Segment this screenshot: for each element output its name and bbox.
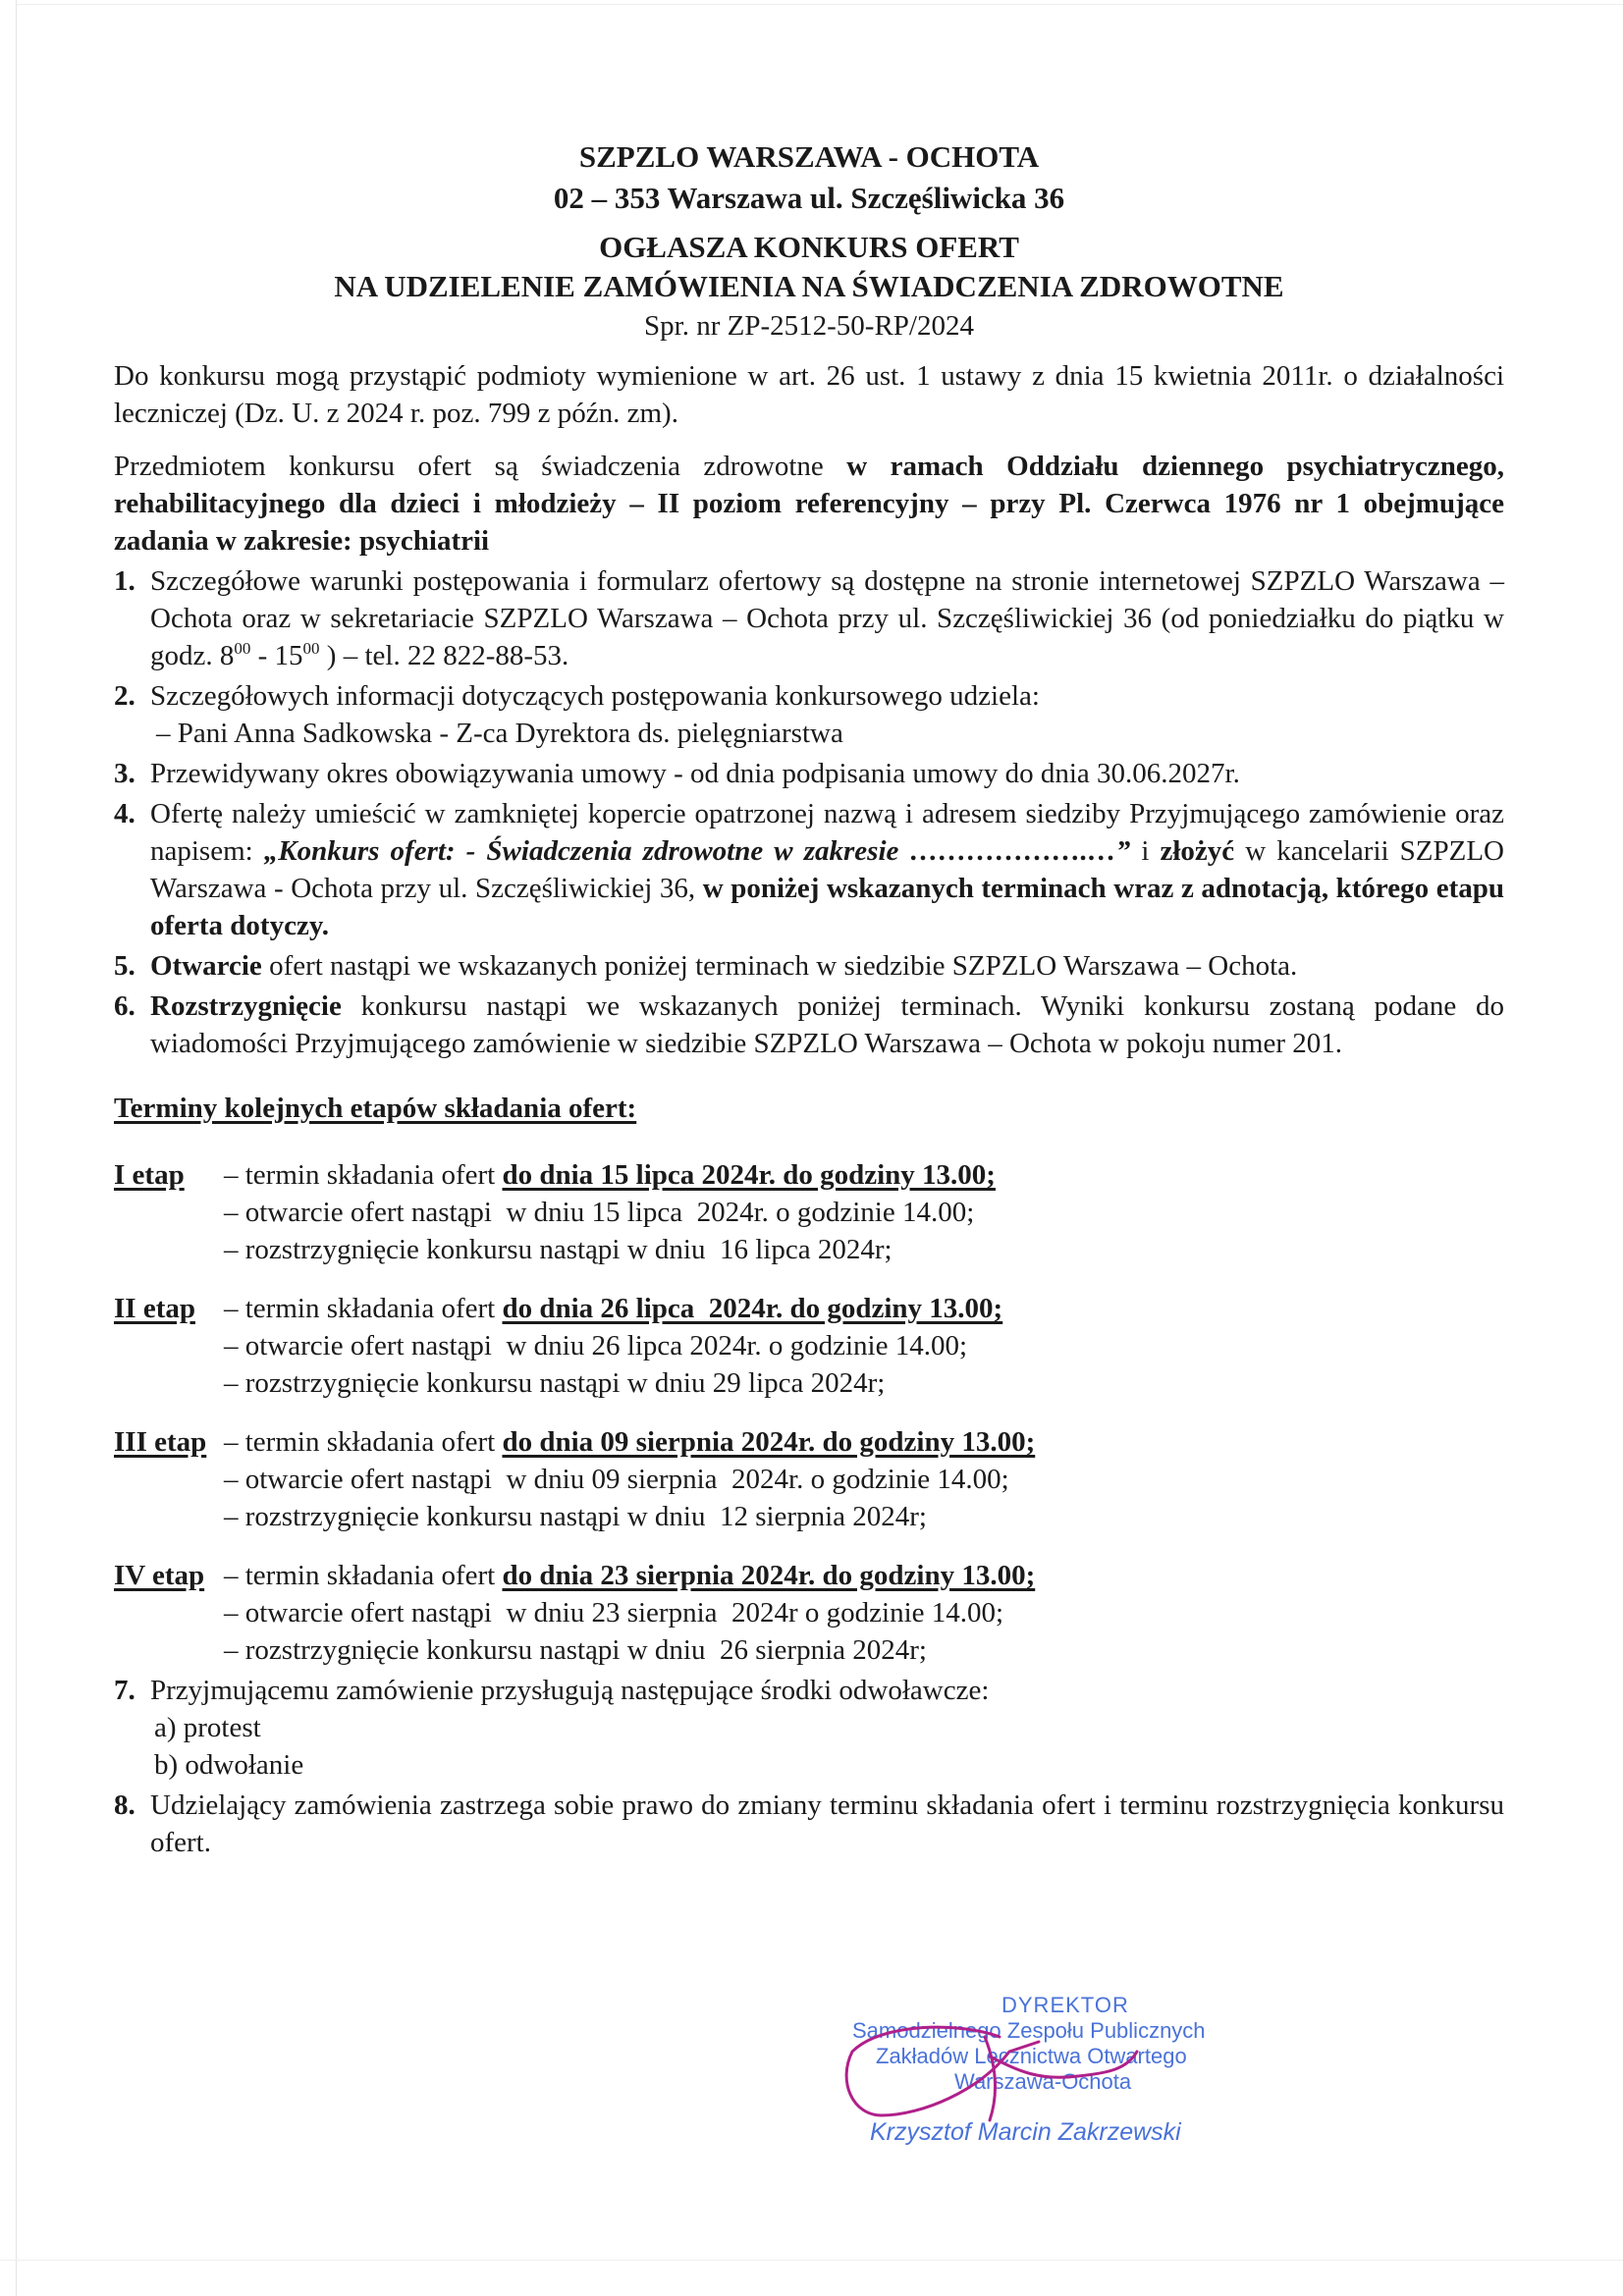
- hours-superscript: 00: [303, 639, 320, 658]
- item-bold: Rozstrzygnięcie: [150, 990, 342, 1022]
- list-item-8: 8. Udzielający zamówienia zastrzega sobi…: [114, 1787, 1504, 1861]
- list-item-2: 2. Szczegółowych informacji dotyczących …: [114, 677, 1504, 752]
- item-text: Udzielający zamówienia zastrzega sobie p…: [150, 1789, 1504, 1858]
- document-title-line1: OGŁASZA KONKURS OFERT: [114, 228, 1504, 267]
- opening-date: – otwarcie ofert nastąpi w dniu 26 lipca…: [224, 1327, 1504, 1364]
- resolution-date: – rozstrzygnięcie konkursu nastąpi w dni…: [224, 1364, 1504, 1402]
- item-text: Przewidywany okres obowiązywania umowy -…: [150, 758, 1240, 789]
- handwritten-signature-icon: [842, 2022, 1157, 2130]
- stage-2: II etap – termin składania ofert do dnia…: [114, 1290, 1504, 1402]
- item-number: 4.: [114, 795, 135, 832]
- hours-superscript: 00: [234, 639, 250, 658]
- list-item-7: 7. Przyjmującemu zamówienie przysługują …: [114, 1672, 1504, 1784]
- stage-label: II etap: [114, 1290, 224, 1402]
- stamp-title: DYREKTOR: [1001, 1993, 1129, 2018]
- envelope-label-quote: „Konkurs ofert: - Świadczenia zdrowotne …: [264, 835, 1130, 867]
- organization-name: SZPZLO WARSZAWA - OCHOTA: [114, 137, 1504, 177]
- item-number: 2.: [114, 677, 135, 715]
- deadline: do dnia 09 sierpnia 2024r. do godziny 13…: [502, 1426, 1035, 1458]
- subject-paragraph: Przedmiotem konkursu ofert są świadczeni…: [114, 448, 1504, 560]
- stage-label: IV etap: [114, 1557, 224, 1669]
- item-text: Szczegółowych informacji dotyczących pos…: [150, 677, 1504, 715]
- deadline-prefix: – termin składania ofert: [224, 1426, 502, 1458]
- remedies-list: 7. Przyjmującemu zamówienie przysługują …: [114, 1672, 1504, 1861]
- deadline-prefix: – termin składania ofert: [224, 1293, 502, 1324]
- deadline-prefix: – termin składania ofert: [224, 1560, 502, 1591]
- organization-address: 02 – 353 Warszawa ul. Szczęśliwicka 36: [114, 179, 1504, 218]
- item-number: 8.: [114, 1787, 135, 1824]
- item-text: Przyjmującemu zamówienie przysługują nas…: [150, 1672, 1504, 1709]
- resolution-date: – rozstrzygnięcie konkursu nastąpi w dni…: [224, 1498, 1504, 1535]
- scan-bottom-line: [0, 2260, 1623, 2261]
- resolution-date: – rozstrzygnięcie konkursu nastąpi w dni…: [224, 1631, 1504, 1669]
- subject-lead: Przedmiotem konkursu ofert są świadczeni…: [114, 451, 846, 482]
- item-number: 5.: [114, 947, 135, 985]
- item-bold: złożyć: [1160, 835, 1234, 867]
- list-item-5: 5. Otwarcie ofert nastąpi we wskazanych …: [114, 947, 1504, 985]
- scan-top-line: [16, 4, 1623, 5]
- stage-3: III etap – termin składania ofert do dni…: [114, 1423, 1504, 1535]
- item-bold: Otwarcie: [150, 950, 262, 982]
- list-item-3: 3. Przewidywany okres obowiązywania umow…: [114, 755, 1504, 792]
- opening-date: – otwarcie ofert nastąpi w dniu 23 sierp…: [224, 1594, 1504, 1631]
- list-item-4: 4. Ofertę należy umieścić w zamkniętej k…: [114, 795, 1504, 944]
- stage-label: III etap: [114, 1423, 224, 1535]
- opening-date: – otwarcie ofert nastąpi w dniu 15 lipca…: [224, 1194, 1504, 1231]
- opening-date: – otwarcie ofert nastąpi w dniu 09 sierp…: [224, 1461, 1504, 1498]
- conditions-list: 1. Szczegółowe warunki postępowania i fo…: [114, 562, 1504, 1062]
- deadline: do dnia 26 lipca 2024r. do godziny 13.00…: [502, 1293, 1002, 1324]
- remedy-options: a) protest b) odwołanie: [150, 1709, 1504, 1784]
- item-number: 1.: [114, 562, 135, 600]
- contact-person: – Pani Anna Sadkowska - Z-ca Dyrektora d…: [150, 715, 1504, 752]
- item-text: ) – tel. 22 822-88-53.: [320, 640, 569, 671]
- deadline: do dnia 23 sierpnia 2024r. do godziny 13…: [502, 1560, 1035, 1591]
- remedy-option: b) odwołanie: [154, 1746, 1504, 1784]
- deadline-prefix: – termin składania ofert: [224, 1159, 502, 1191]
- item-text: i: [1130, 835, 1160, 867]
- resolution-date: – rozstrzygnięcie konkursu nastąpi w dni…: [224, 1231, 1504, 1268]
- item-number: 7.: [114, 1672, 135, 1709]
- scan-left-edge: [0, 0, 17, 2296]
- case-reference: Spr. nr ZP-2512-50-RP/2024: [114, 306, 1504, 346]
- intro-paragraph: Do konkursu mogą przystąpić podmioty wym…: [114, 357, 1504, 432]
- list-item-6: 6. Rozstrzygnięcie konkursu nastąpi we w…: [114, 988, 1504, 1062]
- document-page: SZPZLO WARSZAWA - OCHOTA 02 – 353 Warsza…: [114, 137, 1504, 1861]
- stage-4: IV etap – termin składania ofert do dnia…: [114, 1557, 1504, 1669]
- list-item-1: 1. Szczegółowe warunki postępowania i fo…: [114, 562, 1504, 674]
- terms-heading: Terminy kolejnych etapów składania ofert…: [114, 1090, 1504, 1127]
- stages-section: I etap – termin składania ofert do dnia …: [114, 1156, 1504, 1669]
- stage-label: I etap: [114, 1156, 224, 1268]
- deadline: do dnia 15 lipca 2024r. do godziny 13.00…: [502, 1159, 996, 1191]
- item-text: - 15: [250, 640, 302, 671]
- item-text: konkursu nastąpi we wskazanych poniżej t…: [150, 990, 1504, 1059]
- remedy-option: a) protest: [154, 1709, 1504, 1746]
- item-text: ofert nastąpi we wskazanych poniżej term…: [262, 950, 1297, 982]
- item-number: 3.: [114, 755, 135, 792]
- document-title-line2: NA UDZIELENIE ZAMÓWIENIA NA ŚWIADCZENIA …: [114, 267, 1504, 306]
- document-header: SZPZLO WARSZAWA - OCHOTA 02 – 353 Warsza…: [114, 137, 1504, 346]
- item-number: 6.: [114, 988, 135, 1025]
- stage-1: I etap – termin składania ofert do dnia …: [114, 1156, 1504, 1268]
